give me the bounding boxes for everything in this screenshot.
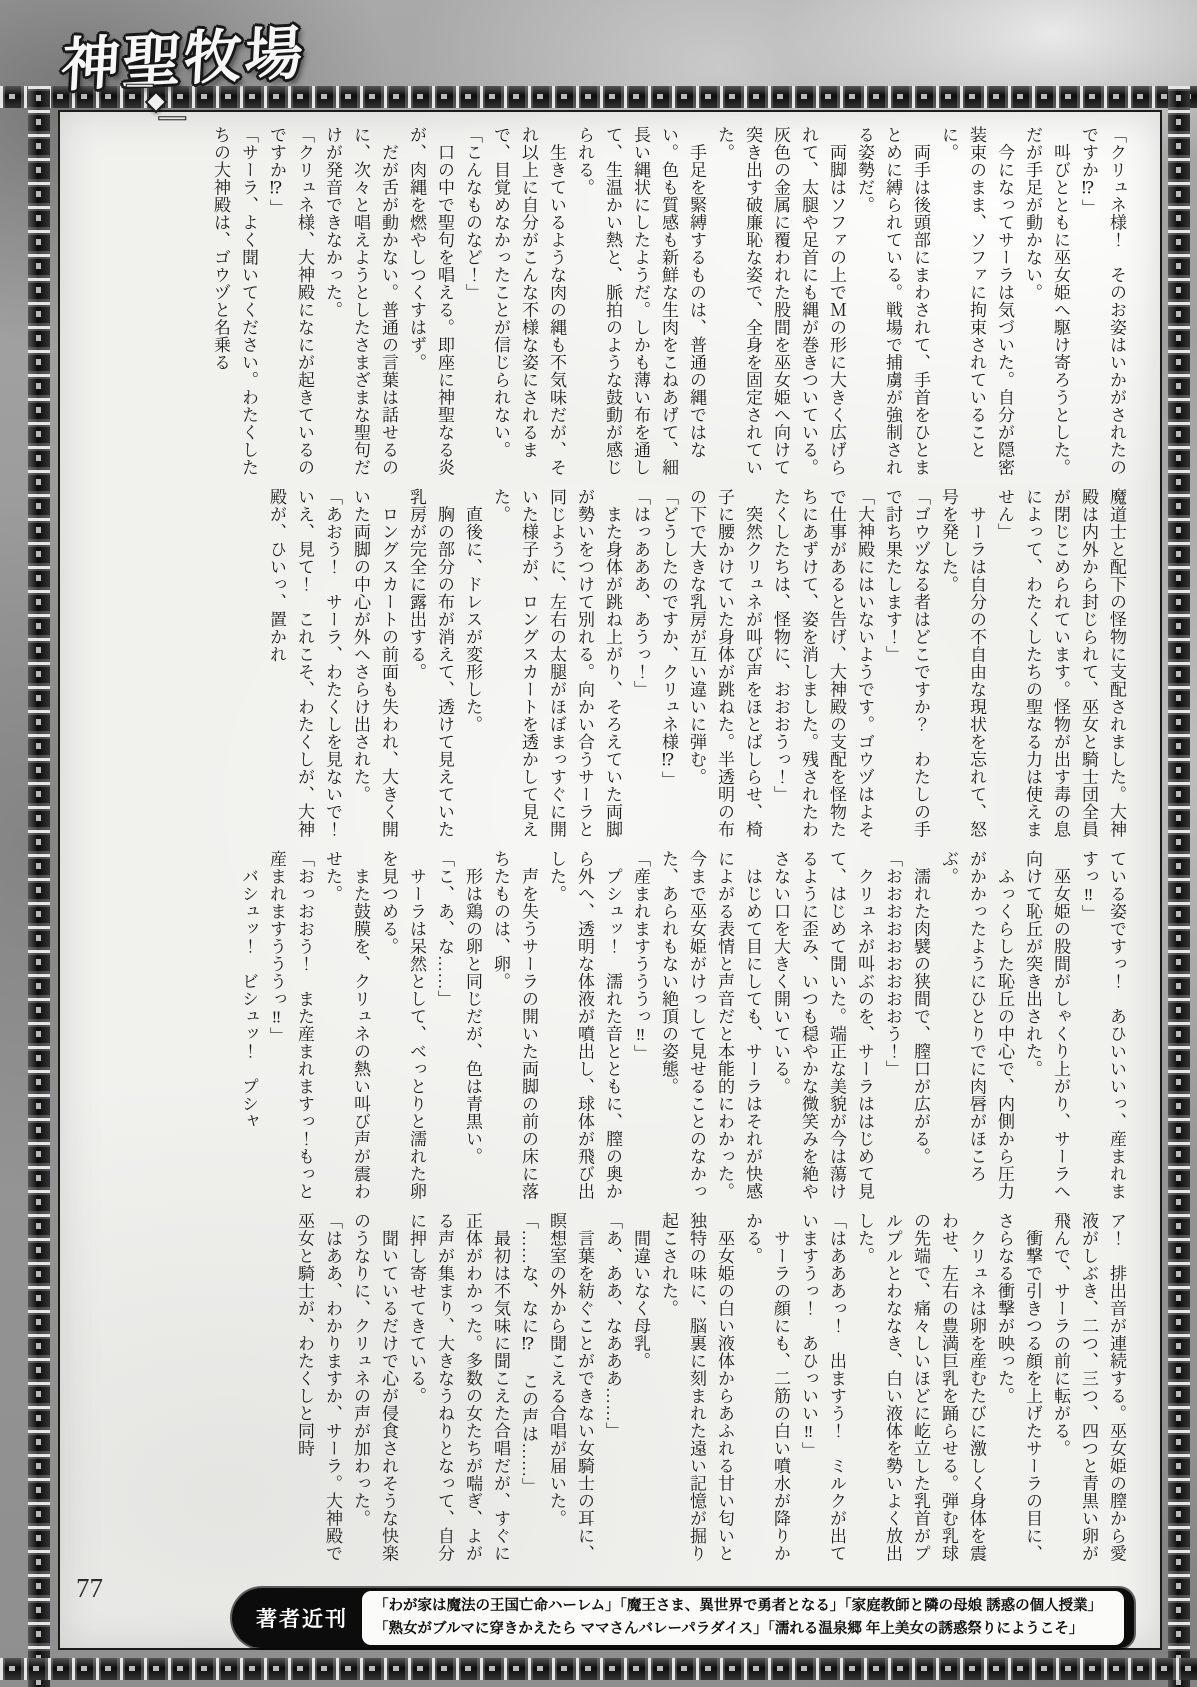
chain-border-bottom xyxy=(0,1658,1197,1680)
paragraph: また身体が跳ね上がり、そろえていた両脚が勢いをつけて別れる。向かい合うサーラと同… xyxy=(486,488,626,844)
paragraph: 巫女姫の股間がしゃくり上がり、サーラへ向けて恥丘が突き出された。 xyxy=(1018,850,1074,1206)
paragraph: 間違いなく母乳。 xyxy=(626,1212,654,1568)
paragraph: ている姿ですっ！ あひいいいっ、産まれますっ‼」 xyxy=(1074,850,1130,1206)
paragraph: 濡れた肉襞の狭間で、膣口が広がる。 xyxy=(906,850,934,1206)
paragraph: 手足を緊縛するものは、普通の縄ではない。色も質感も新鮮な生肉をこねあげて、細長い… xyxy=(570,126,710,482)
paragraph: ロングスカートの前面も失われ、大きく開いた両脚の中心が外へさらけ出された。 xyxy=(346,488,402,844)
paragraph: ア！ 排出音が連続する。巫女姫の膣から愛液がしぶき、二つ、三つ、四つと青黒い卵が… xyxy=(1046,1212,1130,1568)
paragraph: クリュネが叫ぶのを、サーラははじめて見て、はじめて聞いた。端正な美貌が今は蕩ける… xyxy=(766,850,878,1206)
paragraph: 「クリュネ様！ そのお姿はいかがされたのですか⁉」 xyxy=(1074,126,1130,482)
paragraph: 「産まれますうううっ‼」 xyxy=(626,850,654,1206)
paragraph: 「おっおおう！ また産まれますっ！もっと産まれますうううっ‼」 xyxy=(262,850,318,1206)
paragraph: プシュッ！ 濡れた音とともに、膣の奥から外へ、透明な体液が噴出し、球体が飛び出し… xyxy=(542,850,626,1206)
series-logo: 神聖牧場 xyxy=(60,5,308,102)
paragraph: 「大神殿にはいないようです。ゴウヅはよそで仕事があると告げ、大神殿の支配を怪物た… xyxy=(766,488,878,844)
paragraph: 「あ、ああ、なあああ……」 xyxy=(598,1212,626,1568)
paragraph: 口の中で聖句を唱える。即座に神聖なる炎が、肉縄を燃やしつくすはず。 xyxy=(402,126,458,482)
paragraph: 言葉を紡ぐことができない女騎士の耳に、瞑想室の外から聞こえる合唱が届いた。 xyxy=(542,1212,598,1568)
paragraph: 「こ、あ、な……」 xyxy=(430,850,458,1206)
paragraph: 直後に、ドレスが変形した。 xyxy=(458,488,486,844)
paragraph: 「……な、なに⁉ この声は……」 xyxy=(514,1212,542,1568)
paragraph: 「はあああっ！ 出ますう！ ミルクが出ていますうっ！ あひっいい‼」 xyxy=(794,1212,850,1568)
paragraph: 最初は不気味に聞こえた合唱だが、すぐに正体がわかった。多数の女たちが喘ぎ、よがる… xyxy=(402,1212,514,1568)
paragraph: 胸の部分の布が消えて、透けて見えていた乳房が完全に露出する。 xyxy=(402,488,458,844)
paragraph: 聞いているだけで心が侵食されそうな快楽のうなりに、クリュネの声が加わった。 xyxy=(346,1212,402,1568)
novel-page-paper: 「クリュネ様！ そのお姿はいかがされたのですか⁉」 叫びとともに巫女姫へ駆け寄ろ… xyxy=(60,112,1160,1648)
page-number: 77 xyxy=(76,1573,103,1604)
paragraph: 突然クリュネが叫び声をほとばしらせ、椅子に腰かけていた身体が跳ねた。半透明の布の… xyxy=(682,488,766,844)
recent-works-titles: 「わが家は魔法の王国亡命ハーレム」「魔王さま、異世界で勇者となる」「家庭教師と隣… xyxy=(374,1598,1102,1637)
text-band-4: ア！ 排出音が連続する。巫女姫の膣から愛液がしぶき、二つ、三つ、四つと青黒い卵が… xyxy=(90,1212,1130,1568)
paragraph: 声を失うサーラの開いた両脚の前の床に落ちたものは、卵。 xyxy=(486,850,542,1206)
paragraph: 形は鶏の卵と同じだが、色は青黒い。 xyxy=(458,850,486,1206)
paragraph: クリュネは卵を産むたびに激しく身体を震わせ、左右の豊満巨乳を踊らせる。弾む乳球の… xyxy=(850,1212,990,1568)
paragraph: だが舌が動かない。普通の言葉は話せるのに、次々と唱えようとしたさまざまな聖句だけ… xyxy=(318,126,402,482)
paragraph: 巫女姫の白い液体からあふれる甘い匂いと独特の味に、脳裏に刻まれた遠い記憶が掘り起… xyxy=(654,1212,738,1568)
chain-border-left xyxy=(28,86,50,1687)
text-band-1: 「クリュネ様！ そのお姿はいかがされたのですか⁉」 叫びとともに巫女姫へ駆け寄ろ… xyxy=(90,126,1130,482)
paragraph: サーラの顔にも、二筋の白い噴水が降りかかる。 xyxy=(738,1212,794,1568)
paragraph: 両脚はソファの上でＭの形に大きく広げられて、太腿や足首にも縄が巻きついている。灰… xyxy=(710,126,850,482)
text-band-3: ている姿ですっ！ あひいいいっ、産まれますっ‼」 巫女姫の股間がしゃくり上がり、… xyxy=(90,850,1130,1206)
paragraph: はじめて目にしても、サーラはそれが快感によがる表情と声音だと本能的にわかった。今… xyxy=(654,850,766,1206)
paragraph: 魔道士と配下の怪物に支配されました。大神殿は内外から封じられて、巫女と騎士団全員… xyxy=(990,488,1130,844)
paragraph: ふっくらした恥丘の中心で、内側から圧力がかかったようにひとりでに肉唇がほころぶ。 xyxy=(934,850,1018,1206)
scanned-page-background: 神聖牧場 「クリュネ様！ そのお姿はいかがされたのですか⁉」 叫びとともに巫女姫… xyxy=(0,0,1197,1687)
paragraph: バシュッ！ ビシュッ！ プシャ xyxy=(234,850,262,1206)
paragraph: 「クリュネ様、大神殿になにが起きているのですか⁉」 xyxy=(262,126,318,482)
paragraph: サーラは自分の不自由な現状を忘れて、怒号を発した。 xyxy=(934,488,990,844)
paragraph: 「ゴウヅなる者はどこですか？ わたしの手で討ち果たします！」 xyxy=(878,488,934,844)
text-band-2: 魔道士と配下の怪物に支配されました。大神殿は内外から封じられて、巫女と騎士団全員… xyxy=(90,488,1130,844)
paragraph: 今になってサーラは気づいた。自分が隠密装束のまま、ソファに拘束されていることに。 xyxy=(934,126,1018,482)
paragraph: 「あおう！ サーラ、わたくしを見ないで！ いえ、見て！ これこそ、わたくしが、大… xyxy=(262,488,346,844)
paragraph: 「サーラ、よく聞いてください。わたくしたちの大神殿は、ゴウヅと名乗る xyxy=(206,126,262,482)
paragraph: 叫びとともに巫女姫へ駆け寄ろうとした。だが手足が動かない。 xyxy=(1018,126,1074,482)
paragraph: 両手は後頭部にまわされて、手首をひとまとめに縛られている。戦場で捕虜が強制される… xyxy=(850,126,934,482)
paragraph: 生きているような肉の縄も不気味だが、それ以上に自分がこんな不様な姿にされるまで、… xyxy=(486,126,570,482)
paragraph: また鼓膜を、クリュネの熱い叫び声が震わせた。 xyxy=(318,850,374,1206)
paragraph: 「はああ、わかりますか、サーラ。大神殿で巫女と騎士が、わたくしと同時 xyxy=(290,1212,346,1568)
paragraph: 「はっあああ、あうっ！」 xyxy=(626,488,654,844)
paragraph: 「おおおおおおおおおう！」 xyxy=(878,850,906,1206)
paragraph: 衝撃で引きつる顔を上げたサーラの目に、さらなる衝撃が映った。 xyxy=(990,1212,1046,1568)
recent-works-bar: 著者近刊 「わが家は魔法の王国亡命ハーレム」「魔王さま、異世界で勇者となる」「家… xyxy=(232,1588,1134,1648)
paragraph: サーラは呆然として、べっとりと濡れた卵を見つめる。 xyxy=(374,850,430,1206)
chain-border-right xyxy=(1168,86,1190,1687)
paragraph: 「こんなものなど！」 xyxy=(458,126,486,482)
recent-works-titles-box: 「わが家は魔法の王国亡命ハーレム」「魔王さま、異世界で勇者となる」「家庭教師と隣… xyxy=(362,1591,1124,1645)
recent-works-label: 著者近刊 xyxy=(232,1603,362,1633)
paragraph: 「どうしたのですか、クリュネ様⁉」 xyxy=(654,488,682,844)
